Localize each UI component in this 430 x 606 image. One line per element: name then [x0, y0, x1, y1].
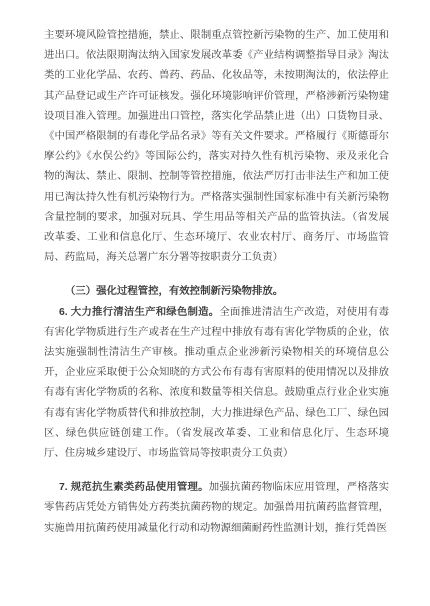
paragraph-continuation: 主要环境风险管控措施，禁止、限制重点管控新污染物的生产、加工使用和进出口。依法限… [44, 26, 389, 268]
document-page: 主要环境风险管控措施，禁止、限制重点管控新污染物的生产、加工使用和进出口。依法限… [0, 0, 430, 606]
paragraph-item-6: 6. 大力推行清洁生产和绿色制造。全面推进清洁生产改造，对使用有毒有害化学物质进… [44, 303, 389, 465]
paragraph-item-7: 7. 规范抗生素类药品使用管理。加强抗菌药物临床应用管理，严格落实零售药店凭处方… [44, 478, 389, 539]
section-heading: （三）强化过程管控，有效控制新污染物排放。 [44, 282, 389, 302]
paragraph-item-7-lead: 7. 规范抗生素类药品使用管理。 [59, 482, 209, 493]
document-text-block: 主要环境风险管控措施，禁止、限制重点管控新污染物的生产、加工使用和进出口。依法限… [44, 26, 389, 539]
paragraph-item-6-lead: 6. 大力推行清洁生产和绿色制造。 [59, 307, 219, 318]
paragraph-item-6-body: 全面推进清洁生产改造，对使用有毒有害化学物质进行生产或者在生产过程中排放有毒有害… [44, 307, 389, 459]
